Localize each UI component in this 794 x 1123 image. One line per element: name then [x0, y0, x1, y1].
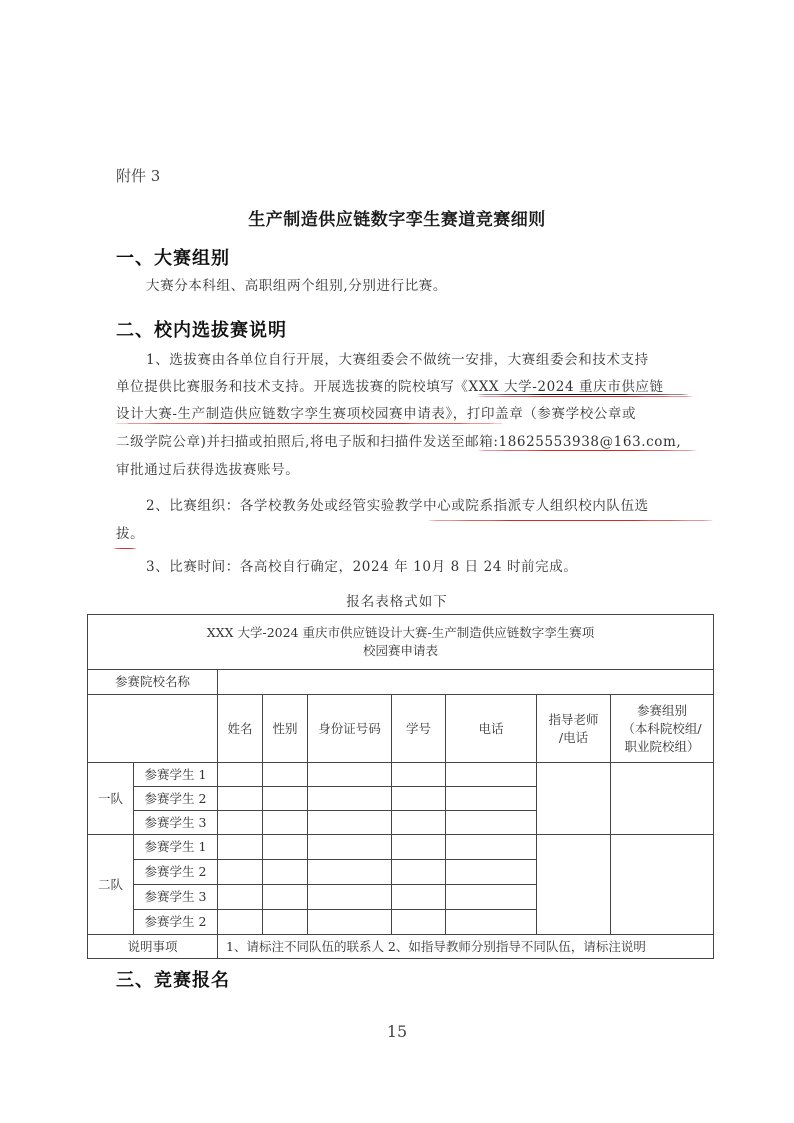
cell-input[interactable]	[446, 860, 537, 885]
cell-input[interactable]	[218, 835, 263, 860]
attachment-label: 附件 3	[116, 165, 160, 186]
cell-input[interactable]	[392, 835, 446, 860]
cell-input[interactable]	[218, 763, 263, 787]
team1-member3-label: 参赛学生 3	[134, 811, 218, 835]
school-name-field[interactable]	[218, 670, 714, 695]
team2-group-cell[interactable]	[611, 835, 714, 935]
cell-input[interactable]	[263, 763, 308, 787]
team1-member2-label: 参赛学生 2	[134, 787, 218, 811]
form-title-cell: XXX 大学-2024 重庆市供应链设计大赛-生产制造供应链数字孪生赛项 校园赛…	[88, 615, 714, 670]
team2-member4-label: 参赛学生 2	[134, 910, 218, 935]
red-underline-annotation-2	[114, 423, 504, 424]
cell-input[interactable]	[446, 787, 537, 811]
cell-input[interactable]	[218, 811, 263, 835]
document-title: 生产制造供应链数字孪生赛道竞赛细则	[0, 205, 794, 230]
cell-input[interactable]	[263, 860, 308, 885]
col-header-group: 参赛组别 （本科院校组/ 职业院校组）	[611, 695, 714, 763]
form-title-line2: 校园赛申请表	[88, 642, 713, 660]
cell-input[interactable]	[308, 885, 392, 910]
section2-item2-line2: 拔。	[116, 522, 144, 542]
cell-input[interactable]	[218, 910, 263, 935]
cell-input[interactable]	[218, 860, 263, 885]
team2-member1-label: 参赛学生 1	[134, 835, 218, 860]
cell-input[interactable]	[308, 787, 392, 811]
cell-input[interactable]	[263, 910, 308, 935]
red-underline-annotation-1	[478, 396, 693, 397]
section2-item1-line1: 1、选拔赛由各单位自行开展，大赛组委会不做统一安排，大赛组委会和技术支持	[146, 348, 649, 368]
cell-input[interactable]	[263, 835, 308, 860]
section3-heading: 三、竞赛报名	[116, 966, 230, 992]
col-header-advisor: 指导老师 /电话	[537, 695, 611, 763]
section2-item1-line5: 审批通过后获得选拔赛账号。	[116, 458, 299, 478]
cell-input[interactable]	[263, 787, 308, 811]
cell-input[interactable]	[308, 763, 392, 787]
cell-input[interactable]	[392, 885, 446, 910]
cell-input[interactable]	[446, 763, 537, 787]
cell-input[interactable]	[218, 787, 263, 811]
col-header-advisor-line1: 指导老师	[537, 711, 610, 729]
cell-input[interactable]	[392, 811, 446, 835]
team2-member3-label: 参赛学生 3	[134, 885, 218, 910]
cell-input[interactable]	[308, 860, 392, 885]
col-header-group-line1: 参赛组别	[611, 702, 713, 720]
section2-item2-line1: 2、比赛组织：各学校教务处或经管实验教学中心或院系指派专人组织校内队伍选	[146, 494, 649, 514]
section2-item1-line2: 单位提供比赛服务和技术支持。开展选拔赛的院校填写《XXX 大学-2024 重庆市…	[116, 375, 664, 395]
cell-input[interactable]	[308, 811, 392, 835]
cell-input[interactable]	[263, 811, 308, 835]
page-number: 15	[0, 1022, 794, 1041]
section2-item3: 3、比赛时间：各高校自行确定，2024 年 10月 8 日 24 时前完成。	[146, 555, 577, 575]
cell-input[interactable]	[263, 885, 308, 910]
school-name-label: 参赛院校名称	[88, 670, 218, 695]
cell-input[interactable]	[308, 910, 392, 935]
section2-item1-line3: 设计大赛-生产制造供应链数字孪生赛项校园赛申请表》，打印盖章（参赛学校公章或	[116, 402, 636, 422]
section2-item1-line4: 二级学院公章)并扫描或拍照后,将电子版和扫描件发送至邮箱:18625553938…	[116, 430, 681, 450]
team2-label: 二队	[88, 835, 134, 935]
col-header-group-line2: （本科院校组/	[611, 720, 713, 738]
cell-input[interactable]	[308, 835, 392, 860]
team2-member2-label: 参赛学生 2	[134, 860, 218, 885]
black-underline-annotation	[478, 394, 688, 395]
red-underline-annotation-4	[114, 548, 136, 549]
red-underline-annotation-3	[428, 520, 713, 521]
red-underline-annotation-email	[478, 450, 696, 451]
section1-text: 大赛分本科组、高职组两个组别,分别进行比赛。	[146, 274, 447, 294]
cell-input[interactable]	[392, 910, 446, 935]
cell-input[interactable]	[446, 835, 537, 860]
col-header-phone: 电话	[446, 695, 537, 763]
team1-member1-label: 参赛学生 1	[134, 763, 218, 787]
cell-input[interactable]	[392, 787, 446, 811]
notes-label: 说明事项	[88, 935, 218, 959]
cell-input[interactable]	[446, 885, 537, 910]
notes-text: 1、请标注不同队伍的联系人 2、如指导教师分别指导不同队伍，请标注说明	[218, 935, 714, 959]
team1-label: 一队	[88, 763, 134, 835]
header-blank-cell	[88, 695, 218, 763]
team1-advisor-cell[interactable]	[537, 763, 611, 835]
team2-advisor-cell[interactable]	[537, 835, 611, 935]
cell-input[interactable]	[218, 885, 263, 910]
section1-heading: 一、大赛组别	[116, 244, 230, 270]
application-form-table: XXX 大学-2024 重庆市供应链设计大赛-生产制造供应链数字孪生赛项 校园赛…	[87, 614, 714, 959]
cell-input[interactable]	[446, 811, 537, 835]
col-header-student-id: 学号	[392, 695, 446, 763]
col-header-gender: 性别	[263, 695, 308, 763]
col-header-group-line3: 职业院校组）	[611, 738, 713, 756]
form-title-line1: XXX 大学-2024 重庆市供应链设计大赛-生产制造供应链数字孪生赛项	[88, 624, 713, 642]
cell-input[interactable]	[446, 910, 537, 935]
col-header-advisor-line2: /电话	[537, 729, 610, 747]
table-caption: 报名表格式如下	[0, 590, 794, 610]
team1-group-cell[interactable]	[611, 763, 714, 835]
section2-heading: 二、校内选拔赛说明	[116, 316, 287, 342]
col-header-name: 姓名	[218, 695, 263, 763]
col-header-id-number: 身份证号码	[308, 695, 392, 763]
cell-input[interactable]	[392, 763, 446, 787]
cell-input[interactable]	[392, 860, 446, 885]
